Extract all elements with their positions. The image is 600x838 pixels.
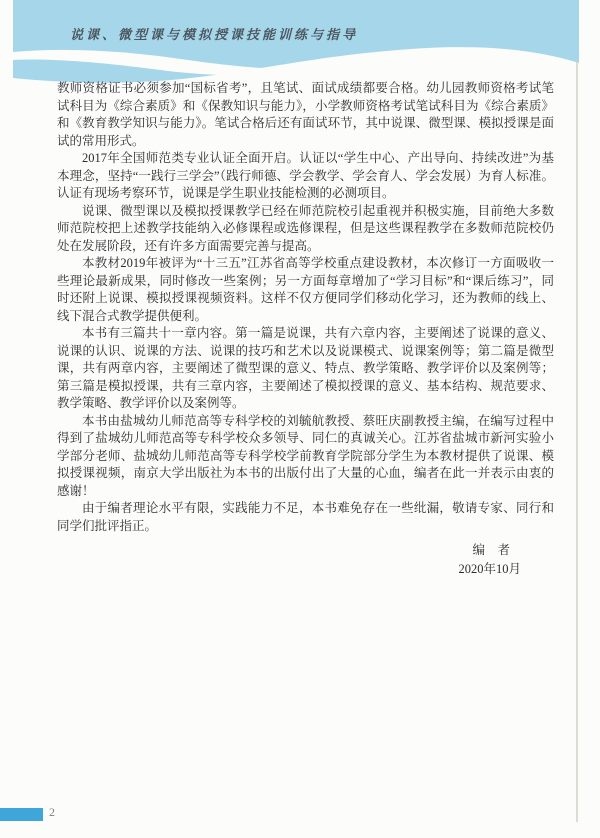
preface-body: 教师资格证书必须参加“国标省考”，且笔试、面试成绩都要合格。幼儿园教师资格考试笔… bbox=[57, 80, 554, 579]
paragraph: 本书有三篇共十一章内容。第一篇是说课，共有六章内容，主要阐述了说课的意义、说课的… bbox=[57, 325, 554, 413]
paragraph: 说课、微型课以及模拟授课教学已经在师范院校引起重视并积极实施，目前绝大多数师范院… bbox=[57, 203, 554, 256]
footer-accent-bar bbox=[0, 808, 43, 821]
running-head-title: 说课、微型课与模拟授课技能训练与指导 bbox=[70, 24, 358, 43]
paragraph: 教师资格证书必须参加“国标省考”，且笔试、面试成绩都要合格。幼儿园教师资格考试笔… bbox=[57, 80, 554, 150]
paragraph: 由于编者理论水平有限，实践能力不足，本书难免存在一些纰漏，敬请专家、同行和同学们… bbox=[57, 500, 554, 535]
signature-block: 编 者 2020年10月 bbox=[57, 541, 554, 579]
book-page: 说课、微型课与模拟授课技能训练与指导 教师资格证书必须参加“国标省考”，且笔试、… bbox=[0, 0, 600, 838]
paragraph: 2017年全国师范类专业认证全面开启。认证以“学生中心、产出导向、持续改进”为基… bbox=[57, 150, 554, 203]
page-number: 2 bbox=[49, 805, 55, 820]
paragraph: 本教材2019年被评为“十三五”江苏省高等学校重点建设教材，本次修订一方面吸收一… bbox=[57, 255, 554, 325]
signature-author: 编 者 bbox=[57, 541, 554, 560]
signature-date: 2020年10月 bbox=[57, 560, 554, 579]
scan-page-edge-line bbox=[576, 62, 578, 822]
paragraph: 本书由盐城幼儿师范高等专科学校的刘毓航教授、蔡旺庆副教授主编，在编写过程中得到了… bbox=[57, 413, 554, 501]
